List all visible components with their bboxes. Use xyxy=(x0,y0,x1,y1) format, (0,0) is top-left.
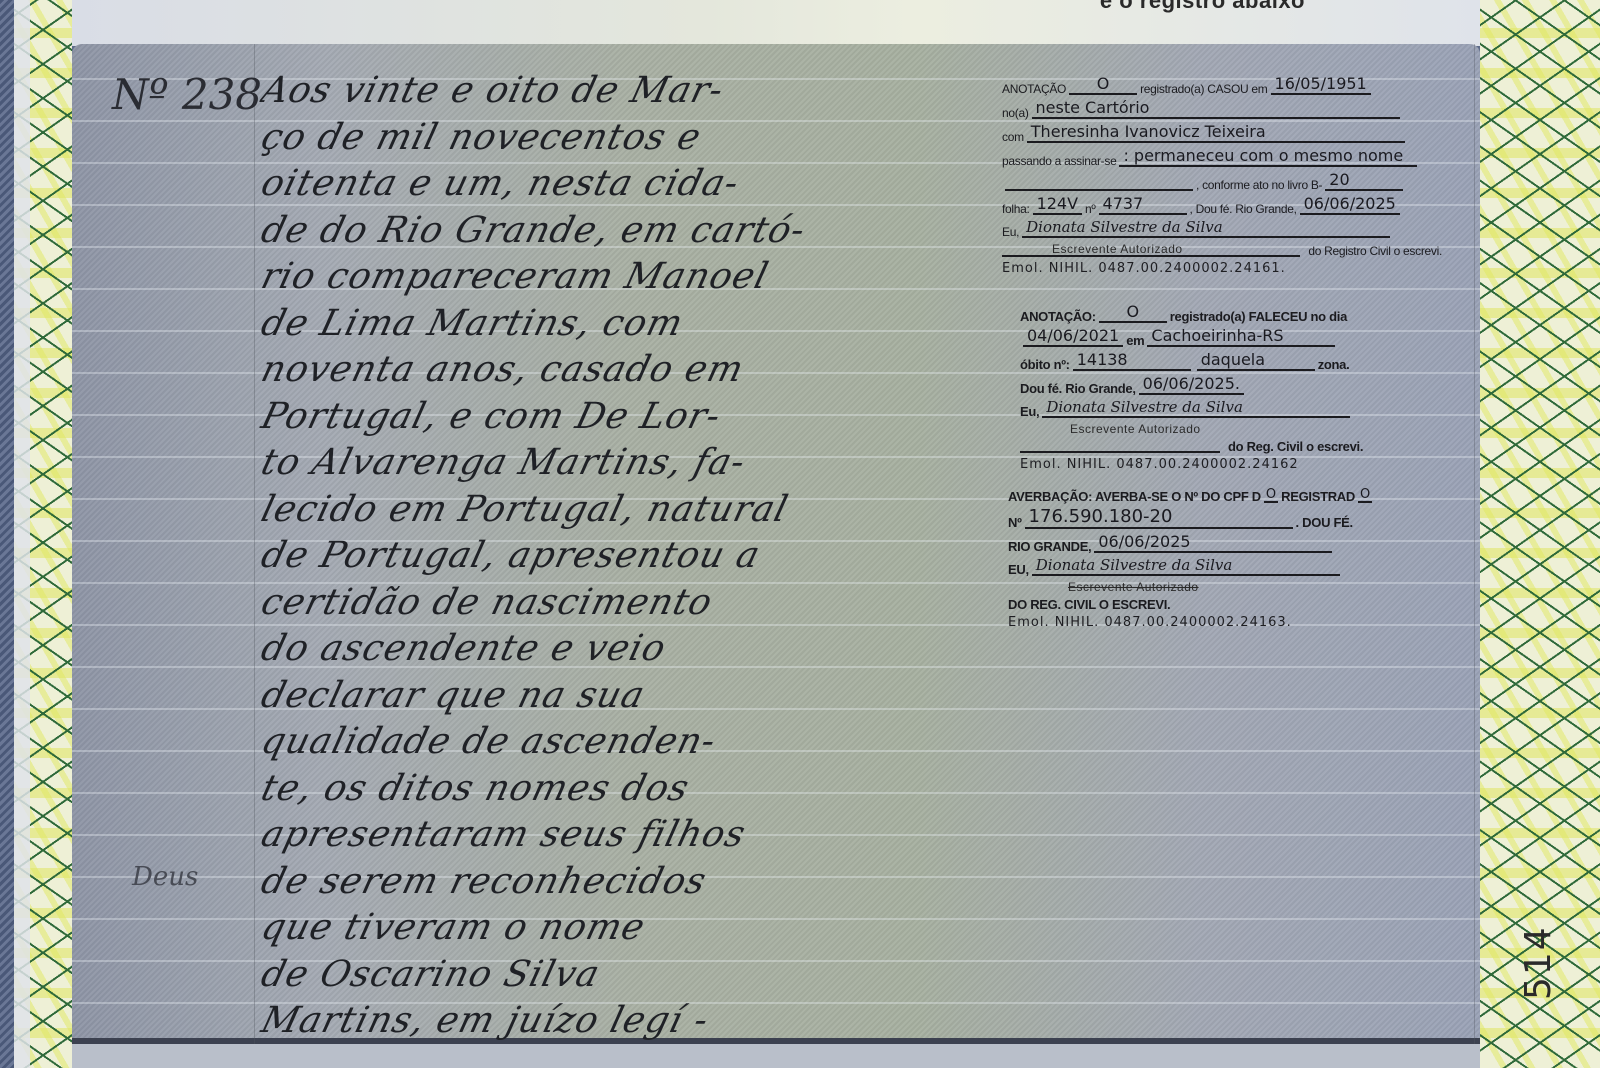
city-label: RIO GRANDE, xyxy=(1008,540,1091,553)
eu-label: EU, xyxy=(1008,563,1029,576)
closing-text: DO REG. CIVIL O ESCREVI. xyxy=(1008,598,1170,611)
handwritten-line: Portugal, e com De Lor- xyxy=(256,394,988,441)
page-edge-left xyxy=(14,0,30,1068)
page-bottom-edge xyxy=(72,1044,1480,1068)
clerk-title: Escrevente Autorizado xyxy=(1002,243,1300,257)
emolument-code: Emol. NIHIL. 0487.00.2400002.24162 xyxy=(1020,458,1299,471)
eu-label: Eu, xyxy=(1002,226,1019,238)
handwritten-line: Aos vinte e oito de Mar- xyxy=(256,68,988,115)
margin-rule xyxy=(1474,44,1475,1044)
anotacao-value: O xyxy=(1099,304,1167,323)
signature-line xyxy=(1020,451,1220,453)
numero-label: nº xyxy=(1085,203,1095,215)
handwritten-line: de Oscarino Silva xyxy=(256,952,988,999)
clerk-signature: Dionata Silvestre da Silva xyxy=(1042,400,1350,418)
gender-mark: O xyxy=(1358,488,1372,503)
handwritten-line: de serem reconhecidos xyxy=(256,859,988,906)
clerk-signature: Dionata Silvestre da Silva xyxy=(1022,220,1390,238)
handwritten-line: noventa anos, casado em xyxy=(256,347,988,394)
handwritten-line: ço de mil novecentos e xyxy=(256,115,988,162)
margin-rule xyxy=(254,44,255,1044)
gender-mark: O xyxy=(1264,488,1278,503)
registered-label: registrado(a) FALECEU no dia xyxy=(1170,310,1347,323)
place-value: neste Cartório xyxy=(1032,100,1400,119)
closing-text: do Reg. Civil o escrevi. xyxy=(1228,440,1363,453)
clerk-title: Escrevente Autorizado xyxy=(1008,581,1199,593)
anotacao-label: ANOTAÇÃO: xyxy=(1020,310,1096,323)
handwritten-line: que tiveram o nome xyxy=(256,905,988,952)
header-partial-text: e o registro abaixo xyxy=(1100,0,1305,14)
dou-fe-label: , Dou fé. Rio Grande, xyxy=(1190,203,1297,215)
spouse-value: Theresinha Ivanovicz Teixeira xyxy=(1027,124,1405,143)
closing-text: do Registro Civil o escrevi. xyxy=(1308,245,1442,257)
obito-label: óbito nº: xyxy=(1020,358,1070,371)
marriage-date: 16/05/1951 xyxy=(1271,76,1371,95)
averbacao-label: AVERBAÇÃO: AVERBA-SE O Nº DO CPF D xyxy=(1008,490,1261,503)
cpf-number-label: Nº xyxy=(1008,516,1022,529)
handwritten-line: de Portugal, apresentou a xyxy=(256,533,988,580)
eu-label: Eu, xyxy=(1020,405,1039,418)
background-edge xyxy=(0,0,14,1068)
register-page-copy: Nº 238 Deus Aos vinte e oito de Mar- ço … xyxy=(72,44,1480,1044)
clerk-title: Escrevente Autorizado xyxy=(1020,423,1201,435)
name-change-continued xyxy=(1005,188,1193,191)
book-value: 20 xyxy=(1325,172,1403,191)
registered-label: REGISTRAD xyxy=(1281,490,1355,503)
certificate-header: e o registro abaixo xyxy=(72,0,1480,46)
zone-suffix: zona. xyxy=(1318,358,1350,371)
handwritten-line: declarar que na sua xyxy=(256,673,988,720)
handwritten-line: de Lima Martins, com xyxy=(256,301,988,348)
handwritten-line: do ascendente e veio xyxy=(256,626,988,673)
handwritten-line: rio compareceram Manoel xyxy=(256,254,988,301)
death-annotation-stamp: ANOTAÇÃO: O registrado(a) FALECEU no dia… xyxy=(1020,304,1410,476)
date-value: 06/06/2025 xyxy=(1094,534,1332,553)
clerk-signature: Dionata Silvestre da Silva xyxy=(1032,558,1340,576)
dou-fe-date: 06/06/2025 xyxy=(1300,196,1400,215)
dou-fe-date: 06/06/2025. xyxy=(1139,376,1244,395)
anotacao-label: ANOTAÇÃO xyxy=(1002,83,1066,95)
spouse-label: com xyxy=(1002,131,1024,143)
folha-value: 124V xyxy=(1033,196,1082,215)
anotacao-value: O xyxy=(1069,76,1137,95)
handwritten-line: de do Rio Grande, em cartó- xyxy=(256,208,988,255)
obito-zone: daquela xyxy=(1197,352,1315,371)
obito-value: 14138 xyxy=(1073,352,1191,371)
name-change-value: : permaneceu com o mesmo nome xyxy=(1119,148,1417,167)
dou-fe: . DOU FÉ. xyxy=(1296,516,1353,529)
place-value: Cachoeirinha-RS xyxy=(1147,328,1335,347)
side-page-number: 514 xyxy=(1518,925,1559,1000)
entry-number: Nº 238 xyxy=(112,70,262,119)
registered-label: registrado(a) CASOU em xyxy=(1140,83,1267,95)
handwritten-line: qualidade de ascenden- xyxy=(256,719,988,766)
cpf-averbacao-stamp: AVERBAÇÃO: AVERBA-SE O Nº DO CPF D O REG… xyxy=(1008,488,1378,634)
handwritten-line: oitenta e um, nesta cida- xyxy=(256,161,988,208)
cpf-value: 176.590.180-20 xyxy=(1025,508,1293,529)
margin-note: Deus xyxy=(132,862,198,892)
handwritten-entry: Aos vinte e oito de Mar- ço de mil novec… xyxy=(262,68,982,1045)
handwritten-line: lecido em Portugal, natural xyxy=(256,487,988,534)
emolument-code: Emol. NIHIL. 0487.00.2400002.24161. xyxy=(1002,262,1286,275)
folha-label: folha: xyxy=(1002,203,1030,215)
dou-fe-label: Dou fé. Rio Grande, xyxy=(1020,382,1136,395)
death-date: 04/06/2021 xyxy=(1023,328,1123,347)
handwritten-line: certidão de nascimento xyxy=(256,580,988,627)
place-label: em xyxy=(1126,334,1144,347)
book-label: , conforme ato no livro B- xyxy=(1196,179,1322,191)
place-label: no(a) xyxy=(1002,107,1029,119)
handwritten-line: Martins, em juízo legí - xyxy=(256,998,988,1045)
handwritten-line: to Alvarenga Martins, fa- xyxy=(256,440,988,487)
emolument-code: Emol. NIHIL. 0487.00.2400002.24163. xyxy=(1008,616,1292,629)
handwritten-line: apresentaram seus filhos xyxy=(256,812,988,859)
name-change-label: passando a assinar-se xyxy=(1002,155,1116,167)
security-pattern-right xyxy=(1480,0,1600,1068)
numero-value: 4737 xyxy=(1099,196,1187,215)
handwritten-line: te, os ditos nomes dos xyxy=(256,766,988,813)
marriage-annotation-stamp: ANOTAÇÃO O registrado(a) CASOU em 16/05/… xyxy=(1002,76,1442,280)
